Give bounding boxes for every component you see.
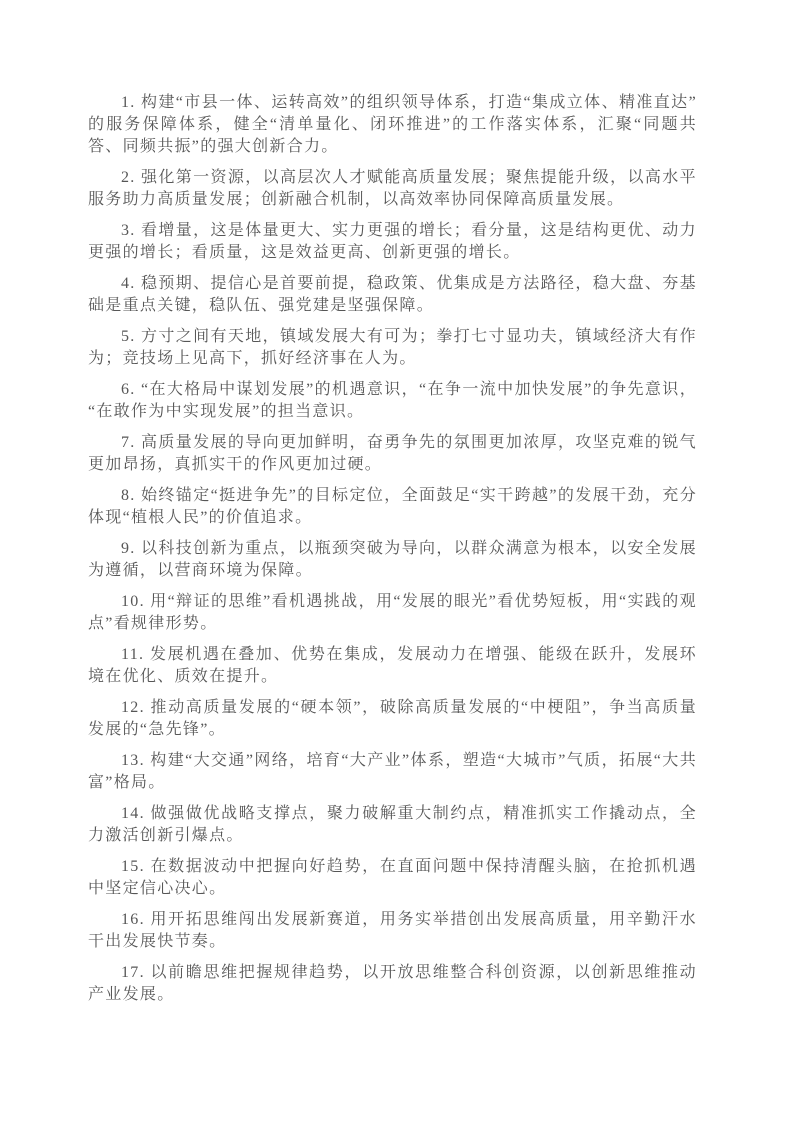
paragraph-12: 12. 推动高质量发展的“硬本领”，破除高质量发展的“中梗阻”，争当高质量发展的… bbox=[88, 697, 697, 741]
paragraph-11: 11. 发展机遇在叠加、优势在集成，发展动力在增强、能级在跃升，发展环境在优化、… bbox=[88, 644, 697, 688]
paragraph-3: 3. 看增量，这是体量更大、实力更强的增长；看分量，这是结构更优、动力更强的增长… bbox=[88, 220, 697, 264]
document-page: 1. 构建“市县一体、运转高效”的组织领导体系，打造“集成立体、精准直达”的服务… bbox=[0, 0, 793, 1122]
paragraph-16: 16. 用开拓思维闯出发展新赛道，用务实举措创出发展高质量，用辛勤汗水干出发展快… bbox=[88, 909, 697, 953]
paragraph-8: 8. 始终锚定“挺进争先”的目标定位，全面鼓足“实干跨越”的发展干劲，充分体现“… bbox=[88, 485, 697, 529]
paragraph-9: 9. 以科技创新为重点，以瓶颈突破为导向，以群众满意为根本，以安全发展为遵循，以… bbox=[88, 538, 697, 582]
paragraph-6: 6. “在大格局中谋划发展”的机遇意识，“在争一流中加快发展”的争先意识，“在敢… bbox=[88, 379, 697, 423]
paragraph-7: 7. 高质量发展的导向更加鲜明，奋勇争先的氛围更加浓厚，攻坚克难的锐气更加昂扬，… bbox=[88, 432, 697, 476]
paragraph-10: 10. 用“辩证的思维”看机遇挑战，用“发展的眼光”看优势短板，用“实践的观点”… bbox=[88, 591, 697, 635]
paragraph-17: 17. 以前瞻思维把握规律趋势，以开放思维整合科创资源，以创新思维推动产业发展。 bbox=[88, 962, 697, 1006]
paragraph-4: 4. 稳预期、提信心是首要前提，稳政策、优集成是方法路径，稳大盘、夯基础是重点关… bbox=[88, 273, 697, 317]
paragraph-13: 13. 构建“大交通”网络，培育“大产业”体系，塑造“大城市”气质，拓展“大共富… bbox=[88, 750, 697, 794]
paragraph-1: 1. 构建“市县一体、运转高效”的组织领导体系，打造“集成立体、精准直达”的服务… bbox=[88, 92, 697, 158]
paragraph-14: 14. 做强做优战略支撑点，聚力破解重大制约点，精准抓实工作撬动点，全力激活创新… bbox=[88, 803, 697, 847]
paragraph-5: 5. 方寸之间有天地，镇域发展大有可为；拳打七寸显功夫，镇域经济大有作为；竞技场… bbox=[88, 326, 697, 370]
paragraph-2: 2. 强化第一资源，以高层次人才赋能高质量发展；聚焦提能升级，以高水平服务助力高… bbox=[88, 167, 697, 211]
paragraph-15: 15. 在数据波动中把握向好趋势，在直面问题中保持清醒头脑，在抢抓机遇中坚定信心… bbox=[88, 856, 697, 900]
